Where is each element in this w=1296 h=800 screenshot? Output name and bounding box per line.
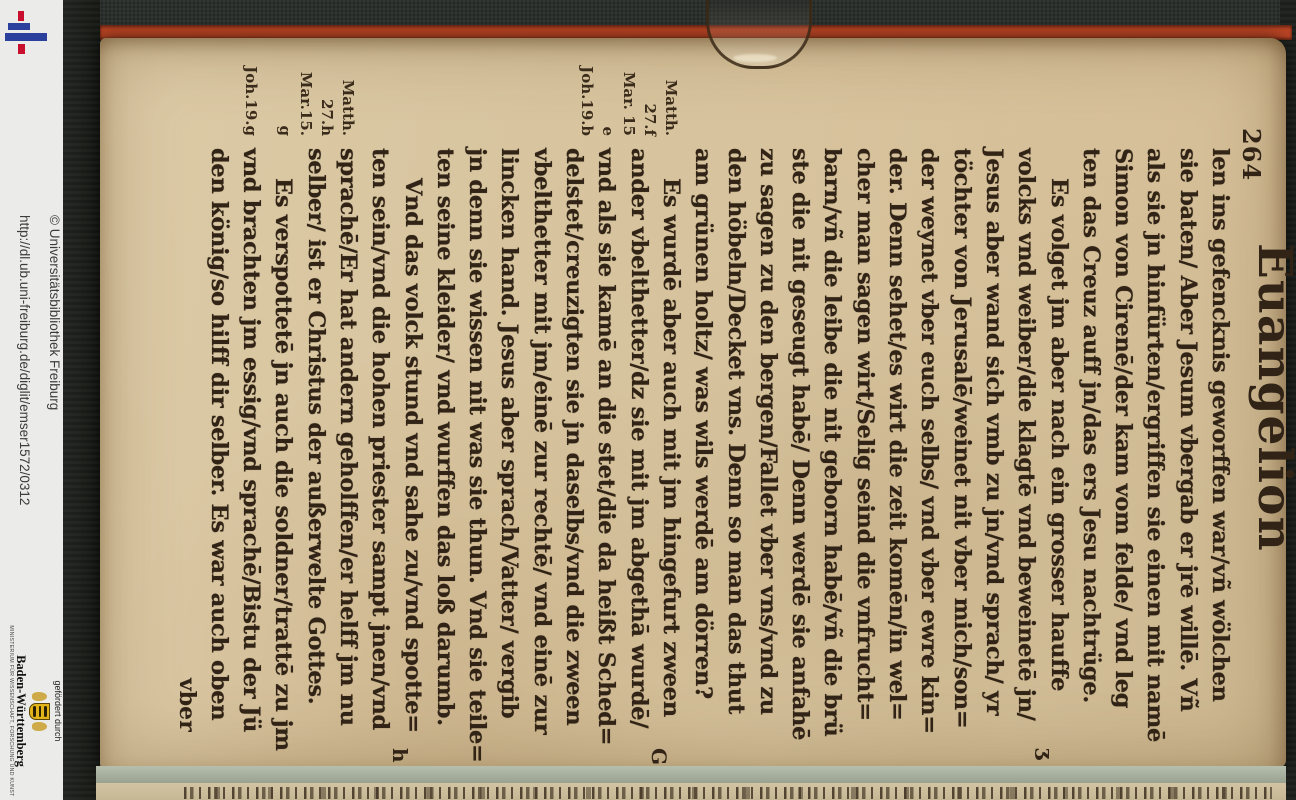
text-line: cher man sagen wirt/Selig seind die vnfr… [848, 148, 880, 752]
text-line: ste die nit geseugt habē/ Denn werdē sie… [784, 148, 816, 752]
running-title: Euangelion [1247, 243, 1296, 552]
text-line: barn/vñ die leibe die nit geborn habē/vñ… [816, 148, 848, 752]
catchword: vber [174, 678, 200, 742]
logo-red-bar-top [18, 11, 24, 21]
baden-wuerttemberg-coat-of-arms-icon [28, 618, 52, 800]
scan-viewer: 264 Euangelion len ins gefencknis geworf… [0, 0, 1296, 800]
margin-note: Matth.27.fMar. 15eJoh.19.b [576, 38, 681, 136]
text-line: Jesus aber wand sich vmb zu jn/vnd sprac… [978, 148, 1010, 752]
underpage-print-fragments [184, 787, 1272, 799]
text-line: ten das Creuz auff jn/das ers Jesu nacht… [1075, 148, 1107, 752]
text-line: vbelthetter mit jm/einē zur rechtē/ vnd … [525, 148, 557, 752]
page-body: len ins gefencknis geworffen war/vñ wölc… [203, 148, 1237, 752]
crest-lion [44, 706, 47, 717]
page-block-edge-strip [96, 766, 1286, 783]
funding-caption: gefördert durch [52, 618, 63, 800]
text-line: vnd brachten jm essig/vnd sprachē/Bistu … [235, 148, 267, 752]
text-line: der weynet vber euch selbs/ vnd vber ewr… [913, 148, 945, 752]
page-content: 264 Euangelion len ins gefencknis geworf… [100, 38, 1286, 768]
logo-blue-bar-short [8, 23, 30, 30]
text-line: ander vbelthetter/dz sie mit jm abgethā … [622, 148, 654, 752]
text-line: am grünen holtz/ was wils werdē am dörre… [687, 148, 719, 752]
text-line: ten seine kleider/ vnd wurffen das loß d… [429, 148, 461, 752]
text-line: jn denn sie wissen nit was sie thun. Vnd… [461, 148, 493, 752]
text-line: vnd als sie kamē an die stet/die da heiß… [590, 148, 622, 752]
crest-lion [39, 706, 42, 717]
text-line: zu sagen zu den bergen/Fallet vber vns/v… [752, 148, 784, 752]
clamp-highlight [733, 54, 777, 62]
book-cover-left-edge [63, 0, 100, 800]
text-line: sprachē/Er hat andern geholffen/er helff… [332, 148, 364, 752]
crest-lion [33, 706, 36, 717]
text-line: der. Denn sehet/es wirt die zeit komēn/i… [881, 148, 913, 752]
text-line: lincken hand. Jesus aber sprach/Vatter/ … [493, 148, 525, 752]
text-line: selber/ ist er Christus der außerwelte G… [299, 148, 331, 752]
text-line: sie baten/ Aber Jesum vbergab er jrē wil… [1171, 148, 1203, 752]
crest-supporter-left [33, 692, 48, 701]
text-line: töchter von Jerusalē/weinet nit vber mic… [945, 148, 977, 752]
text-line: len ins gefencknis geworffen war/vñ wölc… [1204, 148, 1236, 752]
library-sidebar: http://dl.ub.uni-freiburg.de/diglit/emse… [0, 0, 63, 800]
crest-supporter-right [33, 722, 48, 731]
text-line: delstet/creuzigten sie jn daselbs/vnd di… [558, 148, 590, 752]
margin-note: Matth.27.hMar.15.g [274, 38, 358, 136]
text-line: Es wurdē aber auch mit jm hingefurt zwee… [655, 148, 687, 752]
margin-note: Joh.19.g [240, 38, 261, 136]
text-line: den könig/so hilff dir selber. Es war au… [203, 148, 235, 752]
text-line: Vnd das volck stund vnd sahe zu/vnd spot… [396, 148, 428, 752]
text-line: volcks vnd weiber/die klagtē vnd beweine… [1010, 148, 1042, 752]
text-line: Simon von Cirenē/der kam vom felde/ vnd … [1107, 148, 1139, 752]
funding-state-name: Baden-Württemberg [14, 618, 28, 800]
book-cover-top-edge [63, 0, 1296, 26]
funding-ministry-name: MINISTERIUM FÜR WISSENSCHAFT, FORSCHUNG … [7, 618, 14, 800]
logo-blue-bar-long [5, 33, 47, 41]
scan-source-url: http://dl.ub.uni-freiburg.de/diglit/emse… [14, 215, 32, 655]
text-line: den höbeln/Decket vns. Denn so man das t… [719, 148, 751, 752]
funding-block: gefördert durch Baden-Württemberg MINIST… [3, 618, 63, 800]
underlying-page-sliver [96, 783, 1286, 800]
page-number: 264 [1237, 128, 1266, 181]
text-line: Es verspottetē jn auch die soldner/tratt… [267, 148, 299, 752]
crest-shield [30, 703, 51, 720]
logo-red-bar-bottom [18, 44, 25, 54]
copyright-notice: © Universitätsbibliothek Freiburg [46, 215, 62, 550]
text-line: als sie jn hinfürten/ergriffen sie einen… [1139, 148, 1171, 752]
text-line: Es volget jm aber nach ein grosser hauff… [1042, 148, 1074, 752]
text-line: ten sein/vnd die hohen priester sampt jn… [364, 148, 396, 752]
